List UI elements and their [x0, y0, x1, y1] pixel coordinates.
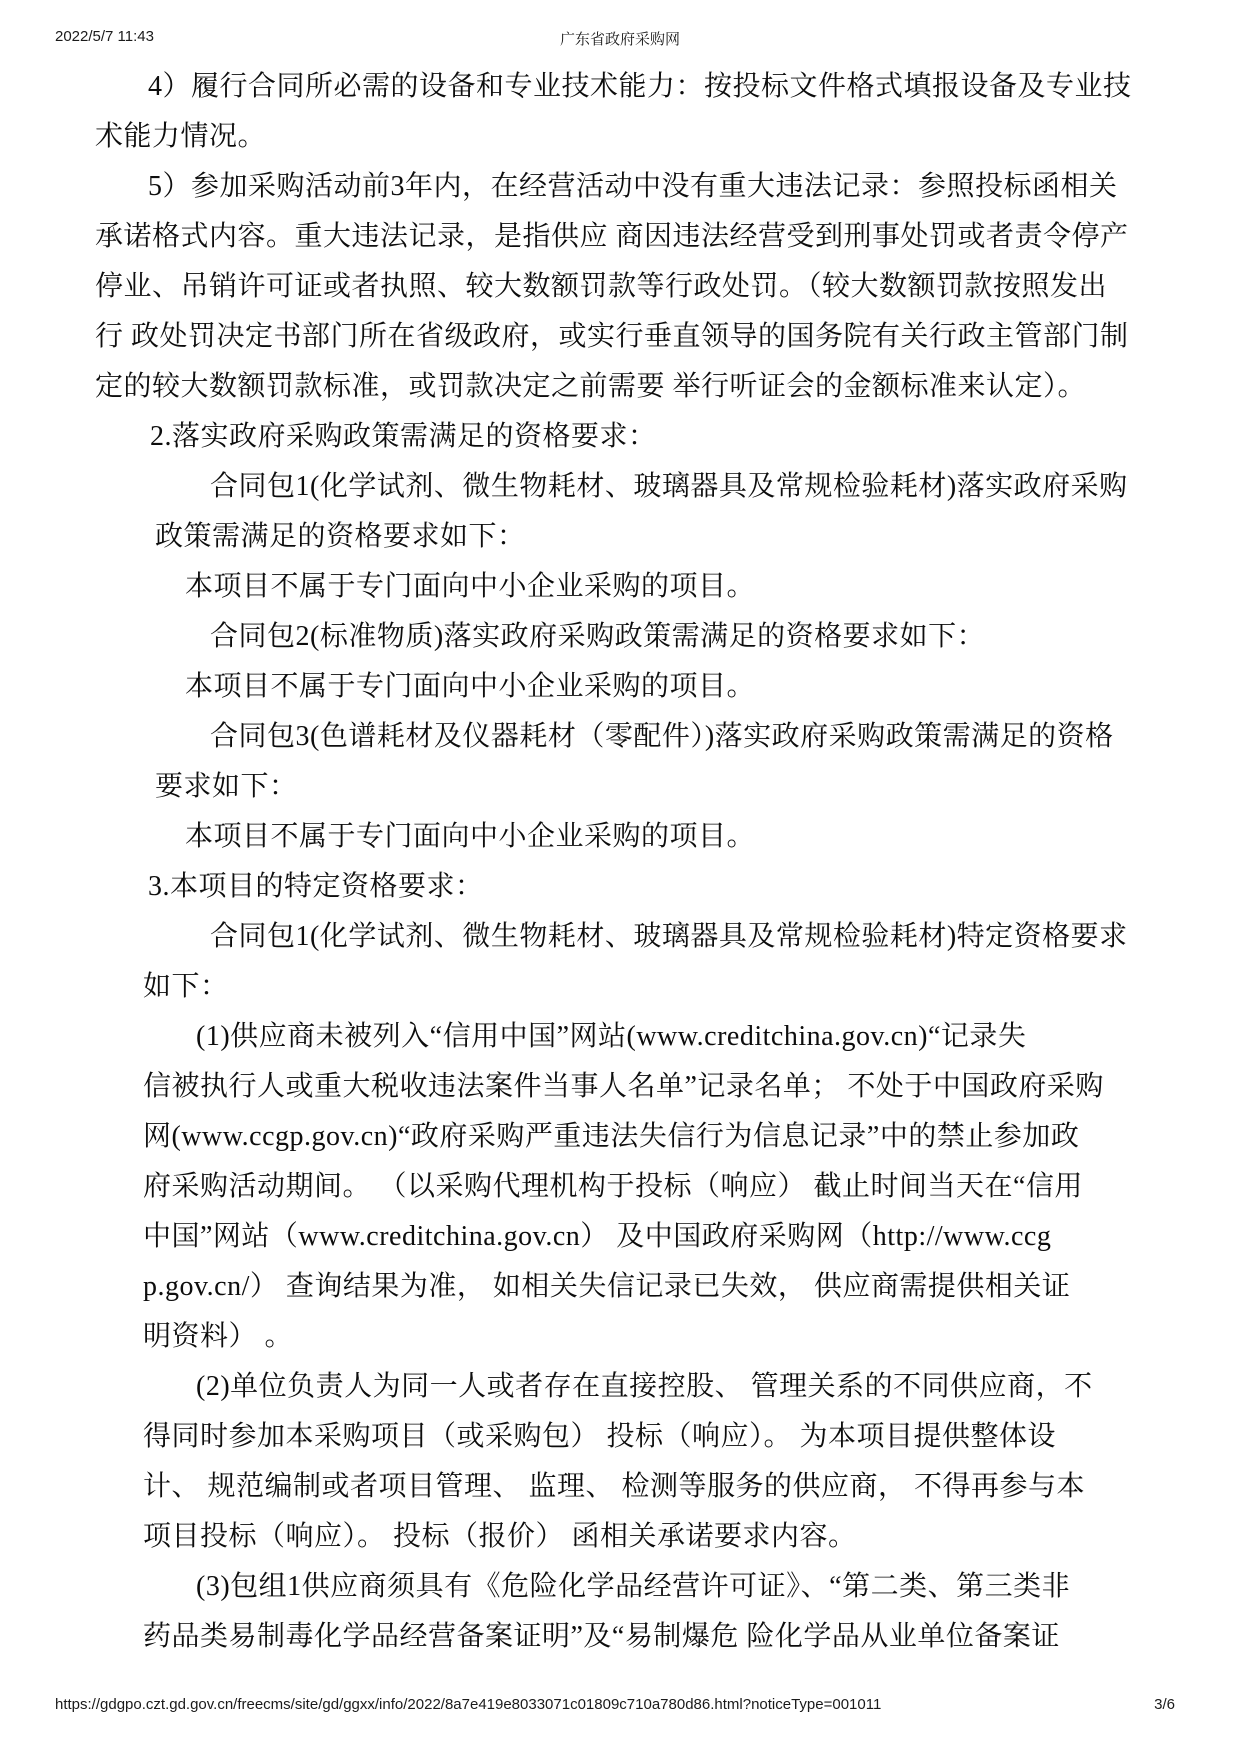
page-number: 3/6 — [1154, 1696, 1175, 1713]
text-line: 合同包1(化学试剂、微生物耗材、玻璃器具及常规检验耗材)特定资格要求 — [0, 912, 1240, 962]
text-line: 行 政处罚决定书部门所在省级政府，或实行垂直领导的国务院有关行政主管部门制 — [0, 312, 1240, 362]
document-body: 4）履行合同所必需的设备和专业技术能力：按投标文件格式填报设备及专业技术能力情况… — [0, 62, 1240, 1662]
text-line: 信被执行人或重大税收违法案件当事人名单”记录名单； 不处于中国政府采购 — [0, 1062, 1240, 1112]
text-line: 府采购活动期间。 （以采购代理机构于投标（响应） 截止时间当天在“信用 — [0, 1162, 1240, 1212]
text-line: 定的较大数额罚款标准，或罚款决定之前需要 举行听证会的金额标准来认定）。 — [0, 362, 1240, 412]
text-line: 如下： — [0, 962, 1240, 1012]
text-line: 5）参加采购活动前3年内，在经营活动中没有重大违法记录：参照投标函相关 — [0, 162, 1240, 212]
text-line: 3.本项目的特定资格要求： — [0, 862, 1240, 912]
text-line: 2.落实政府采购政策需满足的资格要求： — [0, 412, 1240, 462]
print-header: 2022/5/7 11:43 广东省政府采购网 — [0, 28, 1240, 50]
text-line: 药品类易制毒化学品经营备案证明”及“易制爆危 险化学品从业单位备案证 — [0, 1612, 1240, 1662]
text-line: (2)单位负责人为同一人或者存在直接控股、 管理关系的不同供应商，不 — [0, 1362, 1240, 1412]
text-line: 本项目不属于专门面向中小企业采购的项目。 — [0, 562, 1240, 612]
print-footer: https://gdgpo.czt.gd.gov.cn/freecms/site… — [0, 1696, 1240, 1718]
text-line: 得同时参加本采购项目（或采购包） 投标（响应）。 为本项目提供整体设 — [0, 1412, 1240, 1462]
text-line: 停业、吊销许可证或者执照、较大数额罚款等行政处罚。（较大数额罚款按照发出 — [0, 262, 1240, 312]
text-line: 合同包2(标准物质)落实政府采购政策需满足的资格要求如下： — [0, 612, 1240, 662]
text-line: (1)供应商未被列入“信用中国”网站(www.creditchina.gov.c… — [0, 1012, 1240, 1062]
text-line: 本项目不属于专门面向中小企业采购的项目。 — [0, 812, 1240, 862]
text-line: 网(www.ccgp.gov.cn)“政府采购严重违法失信行为信息记录”中的禁止… — [0, 1112, 1240, 1162]
text-line: 合同包1(化学试剂、微生物耗材、玻璃器具及常规检验耗材)落实政府采购 — [0, 462, 1240, 512]
text-line: 项目投标（响应）。 投标（报价） 函相关承诺要求内容。 — [0, 1512, 1240, 1562]
text-line: 明资料） 。 — [0, 1312, 1240, 1362]
text-line: 本项目不属于专门面向中小企业采购的项目。 — [0, 662, 1240, 712]
text-line: (3)包组1供应商须具有《危险化学品经营许可证》、“第二类、第三类非 — [0, 1562, 1240, 1612]
text-line: 承诺格式内容。重大违法记录，是指供应 商因违法经营受到刑事处罚或者责令停产 — [0, 212, 1240, 262]
text-line: 计、 规范编制或者项目管理、 监理、 检测等服务的供应商， 不得再参与本 — [0, 1462, 1240, 1512]
document-page: 2022/5/7 11:43 广东省政府采购网 4）履行合同所必需的设备和专业技… — [0, 0, 1240, 1754]
text-line: 术能力情况。 — [0, 112, 1240, 162]
text-line: 要求如下： — [0, 762, 1240, 812]
source-url: https://gdgpo.czt.gd.gov.cn/freecms/site… — [55, 1696, 881, 1713]
text-line: 中国”网站（www.creditchina.gov.cn） 及中国政府采购网（h… — [0, 1212, 1240, 1262]
text-line: 合同包3(色谱耗材及仪器耗材（零配件）)落实政府采购政策需满足的资格 — [0, 712, 1240, 762]
site-title: 广东省政府采购网 — [0, 28, 1240, 49]
text-line: 4）履行合同所必需的设备和专业技术能力：按投标文件格式填报设备及专业技 — [0, 62, 1240, 112]
text-line: p.gov.cn/） 查询结果为准， 如相关失信记录已失效， 供应商需提供相关证 — [0, 1262, 1240, 1312]
text-line: 政策需满足的资格要求如下： — [0, 512, 1240, 562]
